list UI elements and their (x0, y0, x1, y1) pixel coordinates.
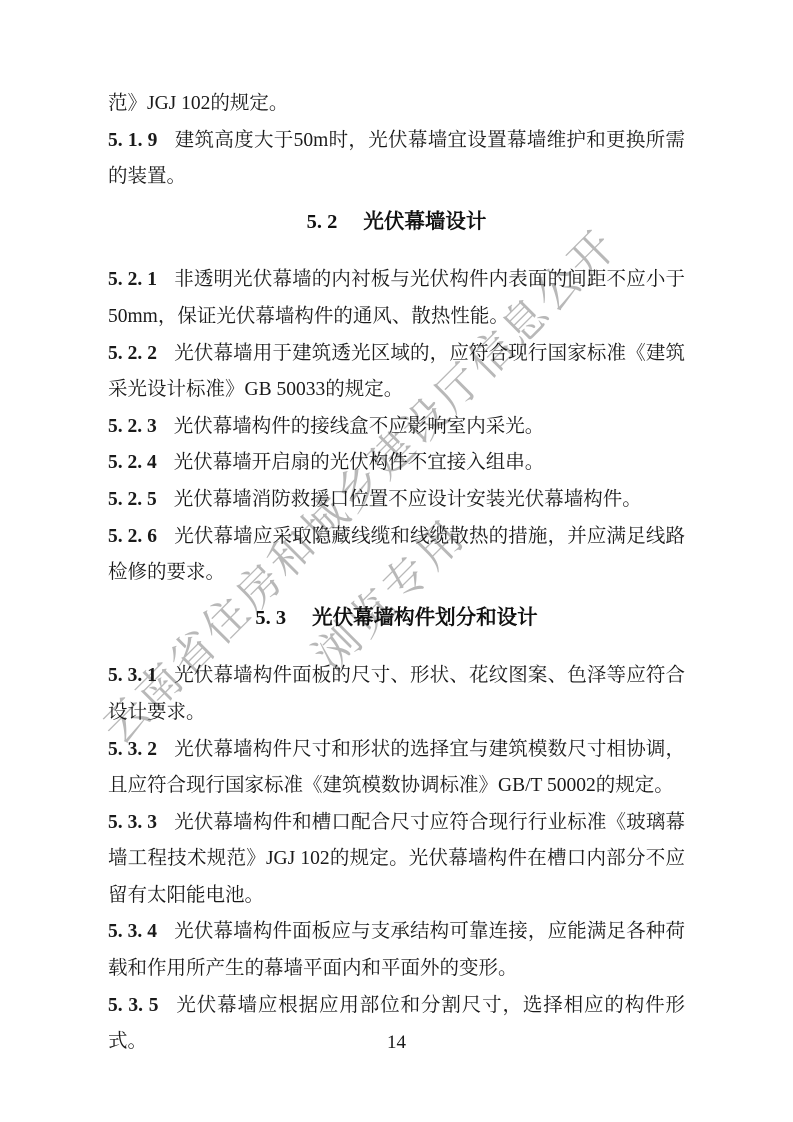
section-heading-5-2: 5. 2光伏幕墙设计 (108, 204, 685, 241)
clause-number: 5. 2. 3 (108, 416, 157, 437)
clause-text: 光伏幕墙应采取隐藏线缆和线缆散热的措施，并应满足线路检修的要求。 (108, 526, 685, 584)
clause-5-2-5: 5. 2. 5光伏幕墙消防救援口位置不应设计安装光伏幕墙构件。 (108, 482, 685, 519)
clause-number: 5. 3. 4 (108, 921, 157, 942)
clause-text: 光伏幕墙构件面板应与支承结构可靠连接，应能满足各种荷载和作用所产生的幕墙平面内和… (108, 921, 685, 979)
document-body: 范》JGJ 102的规定。 5. 1. 9建筑高度大于50m时，光伏幕墙宜设置幕… (108, 86, 685, 1061)
clause-text: 光伏幕墙用于建筑透光区域的，应符合现行国家标准《建筑采光设计标准》GB 5003… (108, 343, 685, 401)
clause-5-3-2: 5. 3. 2光伏幕墙构件尺寸和形状的选择宜与建筑模数尺寸相协调，且应符合现行国… (108, 732, 685, 805)
clause-5-2-3: 5. 2. 3光伏幕墙构件的接线盒不应影响室内采光。 (108, 409, 685, 446)
clause-number: 5. 3. 3 (108, 812, 157, 833)
clause-number: 5. 1. 9 (108, 130, 157, 151)
clause-text: 非透明光伏幕墙的内衬板与光伏构件内表面的间距不应小于50mm，保证光伏幕墙构件的… (108, 269, 685, 327)
clause-text: 范》JGJ 102的规定。 (108, 93, 288, 114)
clause-number: 5. 2. 5 (108, 489, 157, 510)
clause-5-2-2: 5. 2. 2光伏幕墙用于建筑透光区域的，应符合现行国家标准《建筑采光设计标准》… (108, 336, 685, 409)
clause-number: 5. 2. 4 (108, 452, 157, 473)
clause-number: 5. 2. 2 (108, 343, 157, 364)
clause-text: 光伏幕墙构件尺寸和形状的选择宜与建筑模数尺寸相协调，且应符合现行国家标准《建筑模… (108, 739, 685, 797)
clause-5-1-9: 5. 1. 9建筑高度大于50m时，光伏幕墙宜设置幕墙维护和更换所需的装置。 (108, 123, 685, 196)
clause-number: 5. 3. 1 (108, 665, 157, 686)
clause-5-2-6: 5. 2. 6光伏幕墙应采取隐藏线缆和线缆散热的措施，并应满足线路检修的要求。 (108, 519, 685, 592)
section-number: 5. 2 (307, 211, 338, 233)
clause-5-2-1: 5. 2. 1非透明光伏幕墙的内衬板与光伏构件内表面的间距不应小于50mm，保证… (108, 262, 685, 335)
clause-text: 光伏幕墙消防救援口位置不应设计安装光伏幕墙构件。 (174, 489, 642, 510)
clause-number: 5. 2. 6 (108, 526, 157, 547)
clause-5-3-4: 5. 3. 4光伏幕墙构件面板应与支承结构可靠连接，应能满足各种荷载和作用所产生… (108, 914, 685, 987)
clause-5-3-3: 5. 3. 3光伏幕墙构件和槽口配合尺寸应符合现行行业标准《玻璃幕墙工程技术规范… (108, 805, 685, 915)
clause-text: 建筑高度大于50m时，光伏幕墙宜设置幕墙维护和更换所需的装置。 (108, 130, 685, 188)
clause-number: 5. 3. 2 (108, 739, 157, 760)
section-number: 5. 3 (255, 607, 286, 629)
paragraph-continuation: 范》JGJ 102的规定。 (108, 86, 685, 123)
document-page: 云南省住房和城乡建设厅信息公开 浏览专用 范》JGJ 102的规定。 5. 1.… (0, 0, 793, 1122)
section-title: 光伏幕墙设计 (363, 210, 486, 233)
section-title: 光伏幕墙构件划分和设计 (312, 606, 538, 629)
section-heading-5-3: 5. 3光伏幕墙构件划分和设计 (108, 600, 685, 637)
clause-text: 光伏幕墙构件的接线盒不应影响室内采光。 (174, 416, 545, 437)
clause-text: 光伏幕墙开启扇的光伏构件不宜接入组串。 (174, 452, 545, 473)
clause-text: 光伏幕墙构件面板的尺寸、形状、花纹图案、色泽等应符合设计要求。 (108, 665, 685, 723)
clause-5-2-4: 5. 2. 4光伏幕墙开启扇的光伏构件不宜接入组串。 (108, 445, 685, 482)
clause-number: 5. 2. 1 (108, 269, 157, 290)
clause-5-3-1: 5. 3. 1光伏幕墙构件面板的尺寸、形状、花纹图案、色泽等应符合设计要求。 (108, 658, 685, 731)
clause-number: 5. 3. 5 (108, 995, 159, 1016)
clause-text: 光伏幕墙构件和槽口配合尺寸应符合现行行业标准《玻璃幕墙工程技术规范》JGJ 10… (108, 812, 685, 906)
page-number: 14 (0, 1032, 793, 1054)
